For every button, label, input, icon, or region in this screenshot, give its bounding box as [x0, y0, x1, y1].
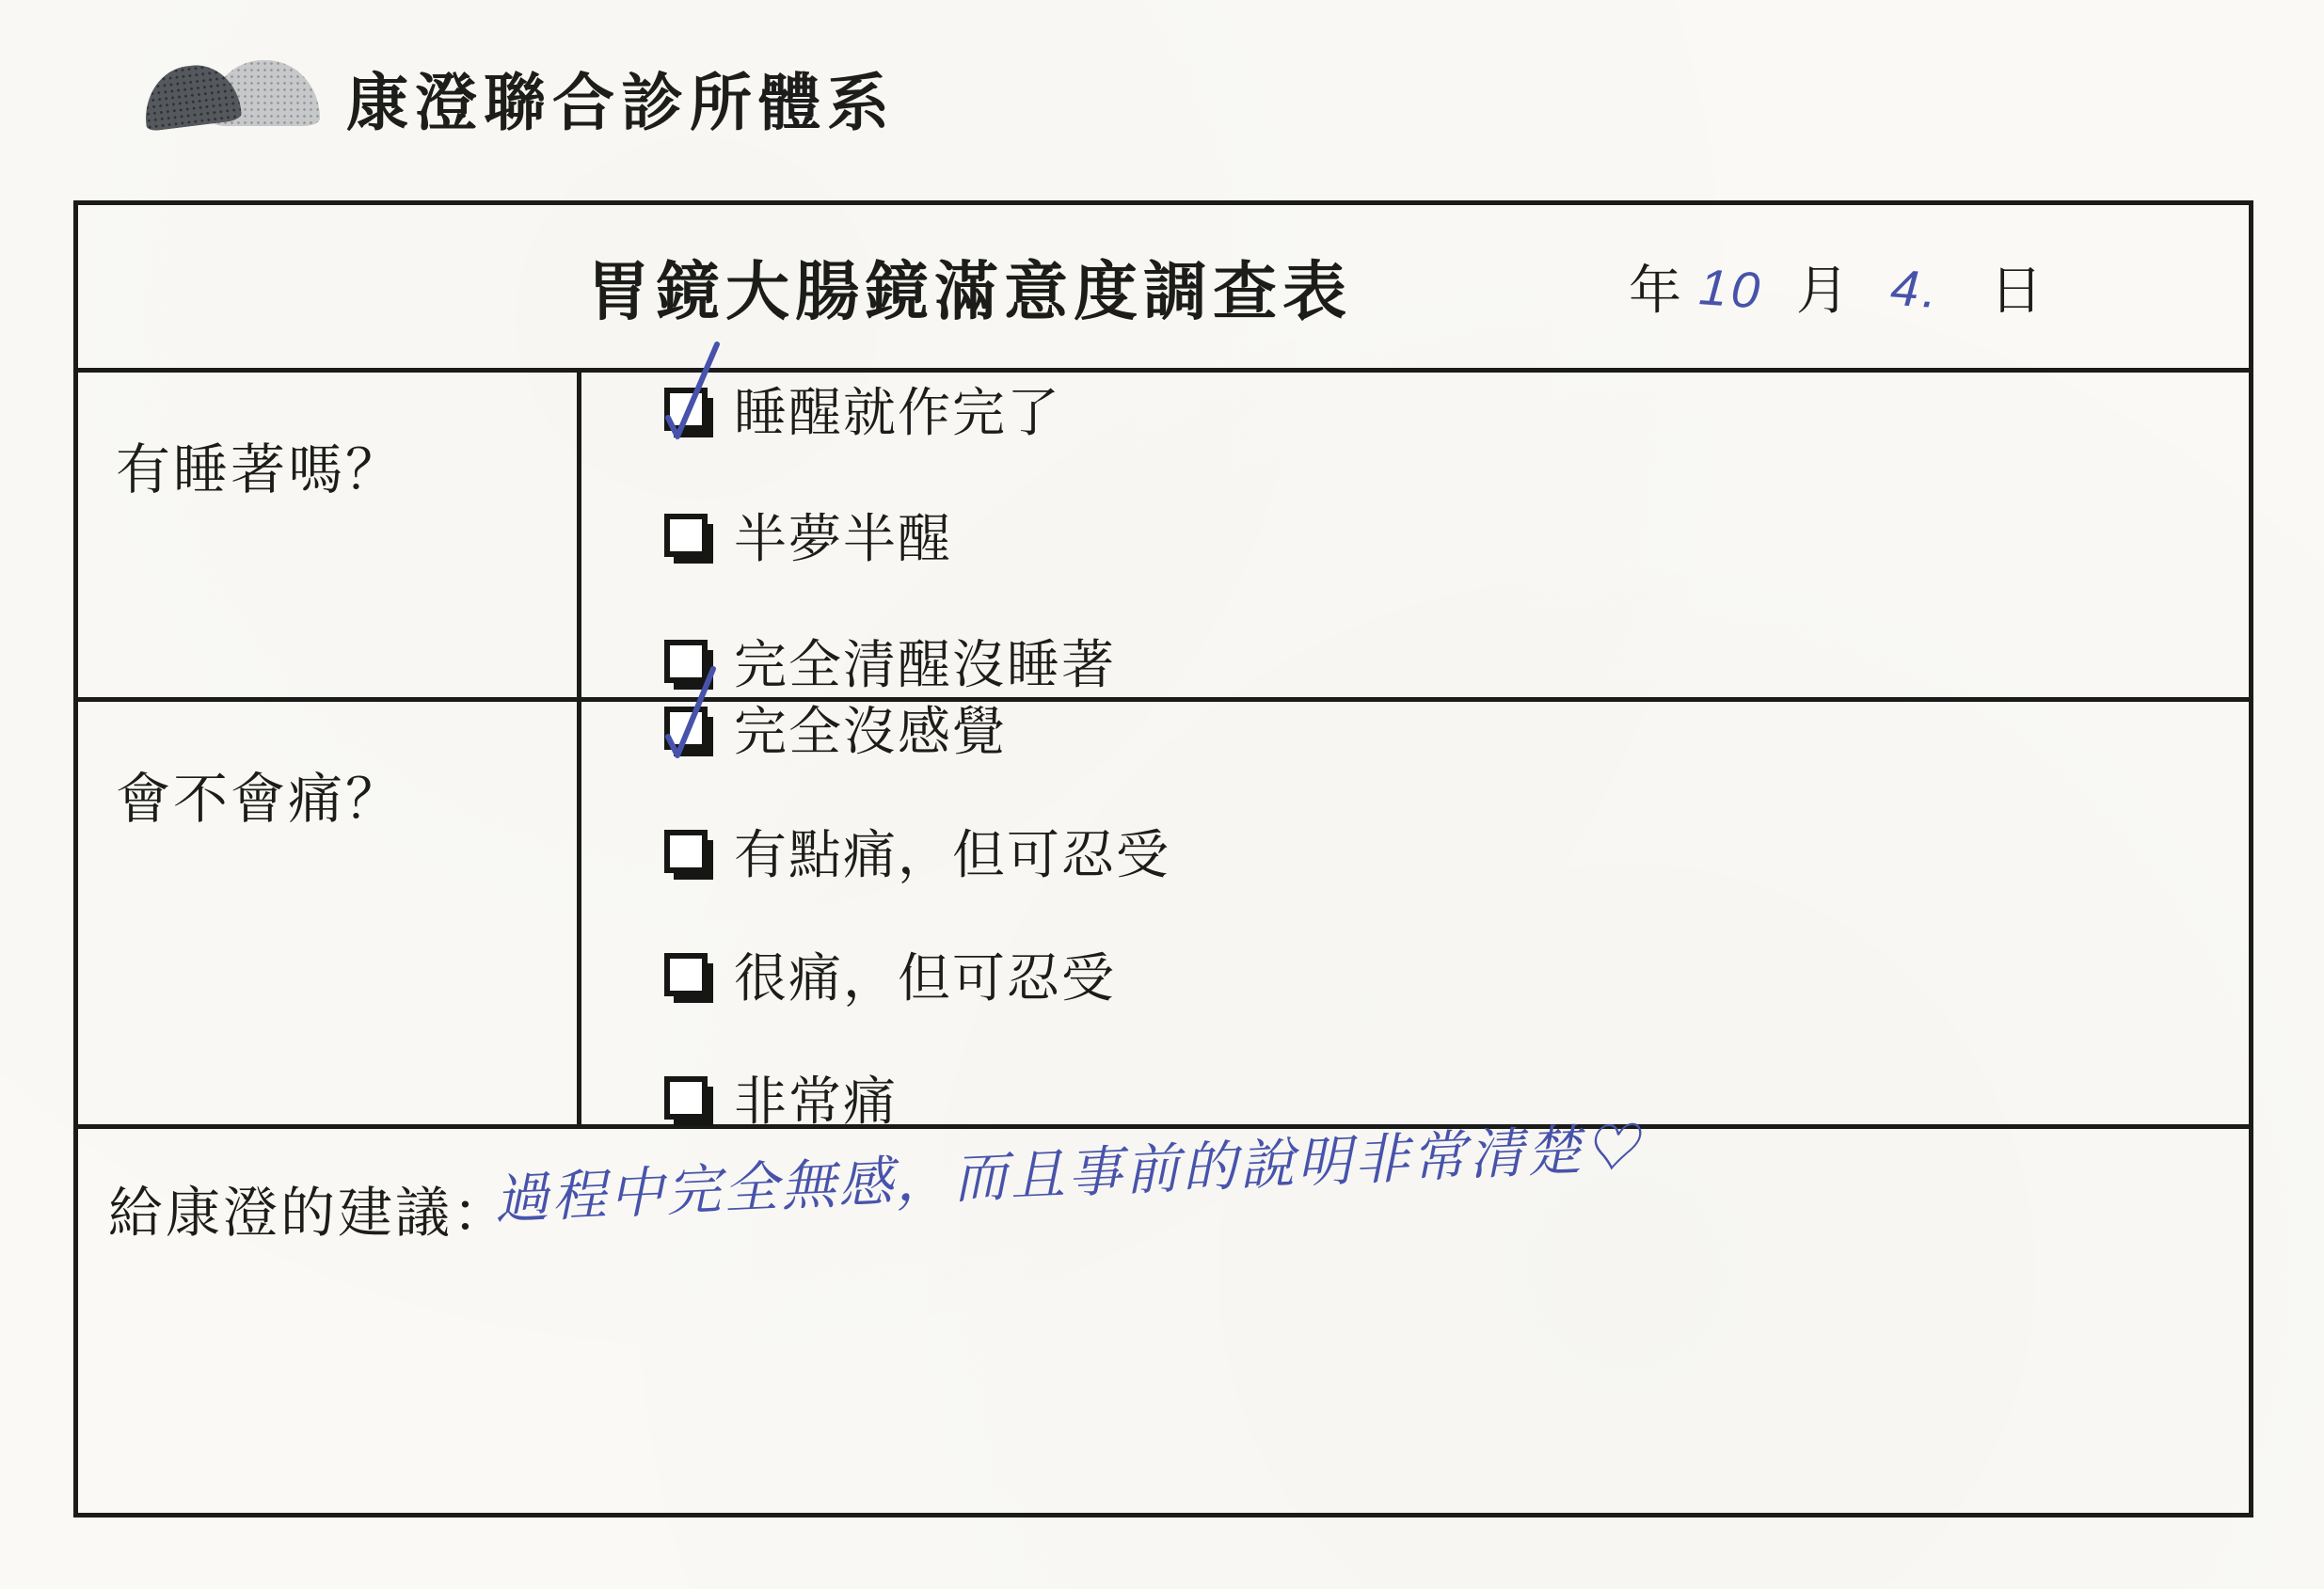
option-label: 非常痛	[734, 1060, 898, 1136]
scanned-survey-page: 康澄聯合診所體系 胃鏡大腸鏡滿意度調查表 年 10 月 4. 日 有睡著嗎？	[0, 0, 2324, 1589]
option-label: 很痛，但可忍受	[734, 937, 1116, 1012]
option-label: 睡醒就作完了	[734, 372, 1061, 447]
checkbox-checked[interactable]	[664, 707, 708, 750]
checkbox-square	[664, 830, 708, 873]
checkbox-option: 有點痛，但可忍受	[664, 814, 2249, 889]
option-label: 完全清醒沒睡著	[734, 624, 1116, 699]
question-sleep-label: 有睡著嗎？	[116, 425, 577, 504]
checkbox-square	[664, 707, 708, 750]
checkbox-checked[interactable]	[664, 388, 708, 431]
option-label: 有點痛，但可忍受	[734, 814, 1170, 889]
date-day-label: 日	[1990, 249, 2043, 325]
checkbox-option: 很痛，但可忍受	[664, 937, 2249, 1012]
clinic-logo-icon	[141, 55, 320, 139]
question-pain-label-cell: 會不會痛？	[78, 702, 581, 1129]
checkbox-option: 完全清醒沒睡著	[664, 624, 2249, 699]
date-month-label: 月	[1796, 249, 1849, 325]
logo-cloud-dark-shape	[139, 60, 242, 132]
checkbox-unchecked[interactable]	[664, 640, 708, 683]
suggestion-row: 給康澄的建議： 過程中完全無感，而且事前的說明非常清楚♡	[78, 1129, 2249, 1513]
checkbox-square	[664, 514, 708, 557]
question-sleep-label-cell: 有睡著嗎？	[78, 373, 581, 702]
checkbox-option: 睡醒就作完了	[664, 372, 2249, 447]
checkbox-unchecked[interactable]	[664, 953, 708, 996]
question-pain-options: 完全沒感覺 有點痛，但可忍受 很痛，但可忍受 非常痛	[581, 702, 2249, 1129]
question-pain-label: 會不會痛？	[116, 755, 577, 834]
clinic-name-text: 康澄聯合診所體系	[346, 53, 896, 142]
suggestion-label: 給康澄的建議：	[108, 1168, 510, 1247]
question-sleep-options: 睡醒就作完了 半夢半醒 完全清醒沒睡著	[581, 373, 2249, 702]
option-label: 半夢半醒	[734, 498, 952, 573]
checkbox-square	[664, 953, 708, 996]
checkbox-unchecked[interactable]	[664, 514, 708, 557]
checkbox-unchecked[interactable]	[664, 1076, 708, 1120]
checkbox-option: 半夢半醒	[664, 498, 2249, 573]
clinic-brand: 康澄聯合診所體系	[141, 45, 896, 149]
option-label: 完全沒感覺	[734, 691, 1007, 766]
checkbox-square	[664, 640, 708, 683]
form-title: 胃鏡大腸鏡滿意度調查表	[586, 241, 1352, 332]
checkbox-unchecked[interactable]	[664, 830, 708, 873]
checkbox-option: 完全沒感覺	[664, 691, 2249, 766]
checkbox-square	[664, 1076, 708, 1120]
date-month-value-handwritten: 10	[1678, 256, 1785, 322]
checkbox-square	[664, 388, 708, 431]
date-day-value-handwritten: 4.	[1862, 256, 1969, 322]
title-row: 胃鏡大腸鏡滿意度調查表 年 10 月 4. 日	[78, 205, 2249, 373]
survey-table: 胃鏡大腸鏡滿意度調查表 年 10 月 4. 日 有睡著嗎？ 睡醒就作完了	[73, 200, 2253, 1517]
date-year-label: 年	[1629, 249, 1681, 325]
